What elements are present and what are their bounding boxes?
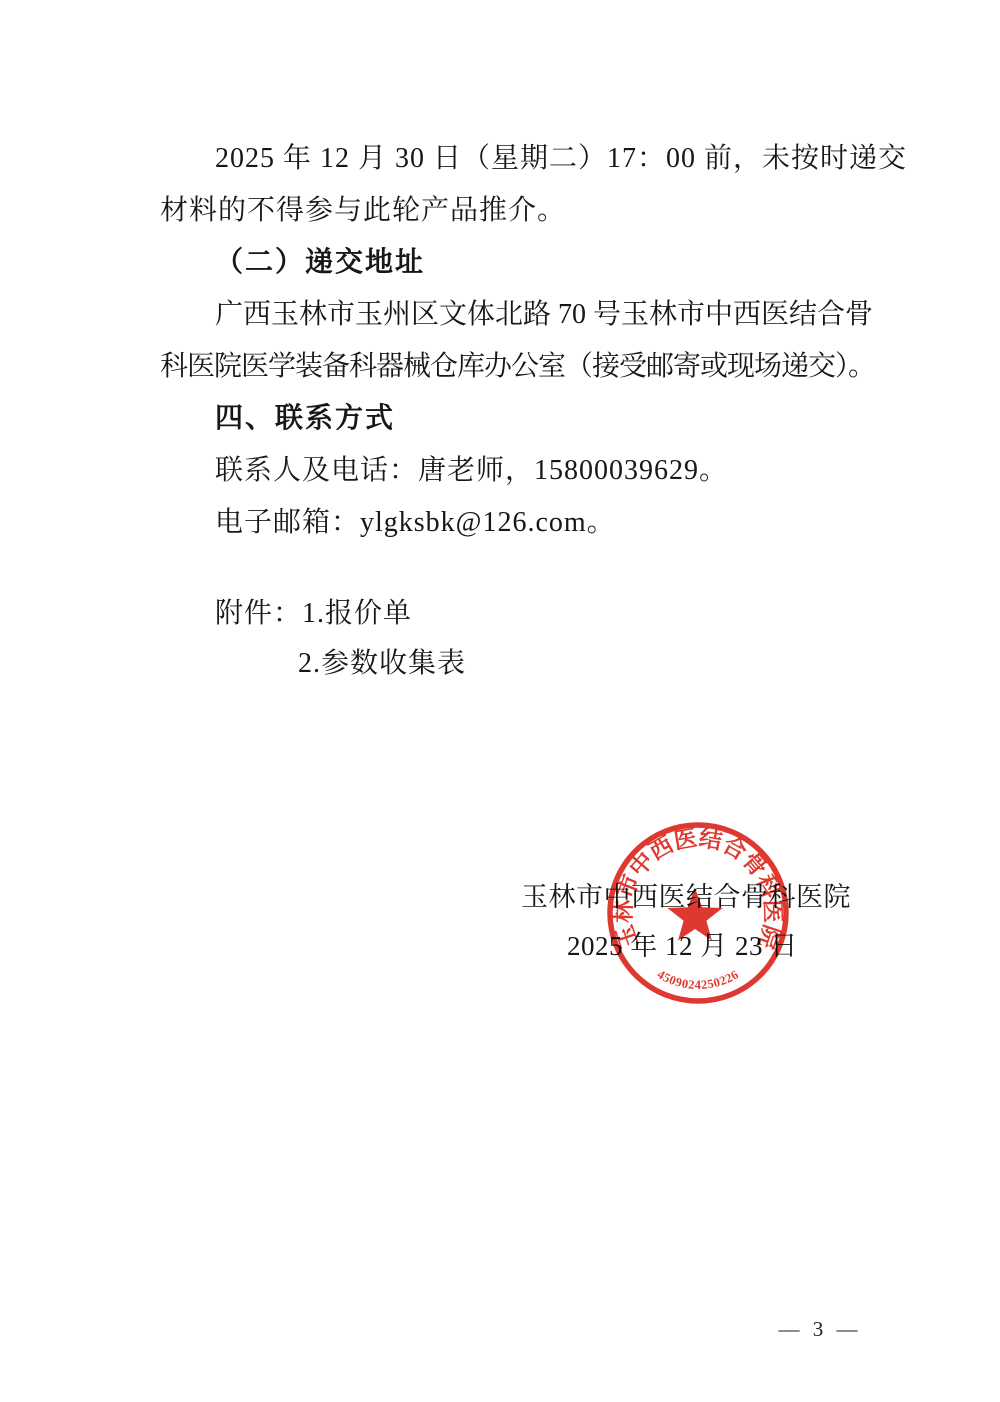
paragraph-deadline-line1: 2025 年 12 月 30 日（星期二）17：00 前，未按时递交	[215, 136, 907, 176]
seal-code-text: 4509024250226	[655, 967, 741, 992]
seal-ring-text-holder: 玉林市中西医结合骨科医院	[611, 825, 785, 951]
paragraph-deadline-line2: 材料的不得参与此轮产品推介。	[160, 188, 566, 228]
attachment-line-2: 2.参数收集表	[298, 641, 466, 681]
seal-star-icon	[667, 888, 722, 941]
attachment-line-1: 附件：1.报价单	[215, 591, 412, 631]
official-seal: 玉林市中西医结合骨科医院 4509024250226	[578, 793, 818, 1033]
contact-phone-line: 联系人及电话：唐老师，15800039629。	[215, 448, 728, 488]
heading-contact-info: 四、联系方式	[215, 396, 395, 436]
contact-email-line: 电子邮箱：ylgksbk@126.com。	[215, 500, 616, 540]
heading-delivery-address: （二）递交地址	[215, 240, 425, 280]
seal-ring-text: 玉林市中西医结合骨科医院	[611, 825, 785, 951]
page-number: — 3 —	[770, 1317, 870, 1342]
paragraph-address-line1: 广西玉林市玉州区文体北路 70 号玉林市中西医结合骨	[215, 292, 873, 332]
seal-code-text-holder: 4509024250226	[655, 967, 741, 992]
document-page: 2025 年 12 月 30 日（星期二）17：00 前，未按时递交 材料的不得…	[0, 0, 1000, 1402]
paragraph-address-line2: 科医院医学装备科器械仓库办公室（接受邮寄或现场递交）。	[160, 344, 875, 384]
